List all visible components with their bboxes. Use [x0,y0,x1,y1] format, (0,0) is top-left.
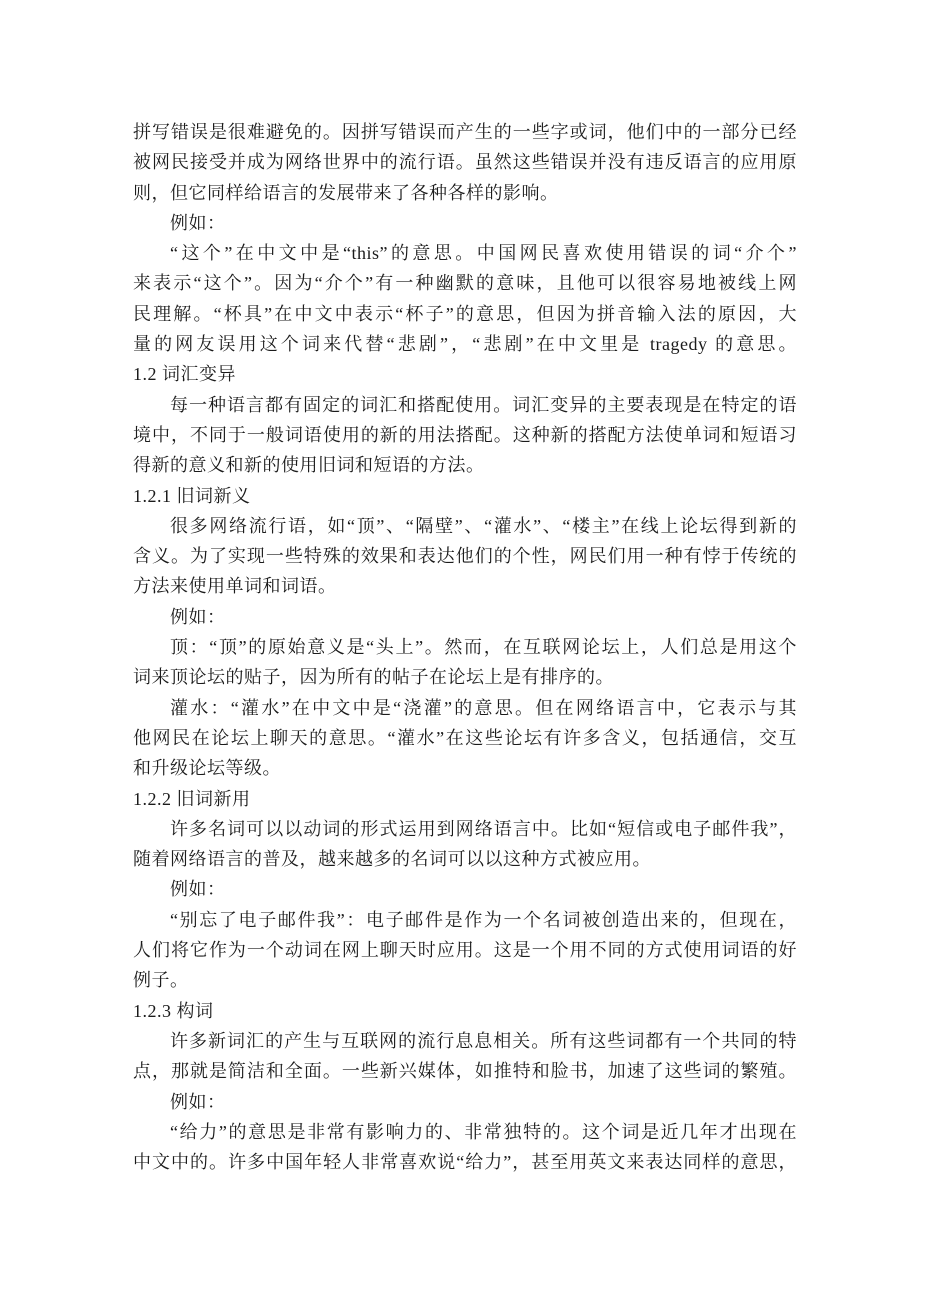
document-text: 拼写错误是很难避免的。因拼写错误而产生的一些字或词，他们中的一部分已经被网民接受… [133,117,797,1177]
text-line: 来表示“这个”。因为“介个”有一种幽默的意味，且他可以很容易地被线上网 [133,268,797,298]
text-line: 点，那就是简洁和全面。一些新兴媒体，如推特和脸书，加速了这些词的繁殖。 [133,1056,797,1086]
text-line: 被网民接受并成为网络世界中的流行语。虽然这些错误并没有违反语言的应用原 [133,147,797,177]
text-line: 1.2.3 构词 [133,996,797,1026]
text-line: 1.2 词汇变异 [133,359,797,389]
text-line: 例子。 [133,965,797,995]
text-line: 每一种语言都有固定的词汇和搭配使用。词汇变异的主要表现是在特定的语 [133,390,797,420]
text-line: 中文中的。许多中国年轻人非常喜欢说“给力”，甚至用英文来表达同样的意思， [133,1147,797,1177]
text-line: 例如： [133,208,797,238]
text-line: 量的网友误用这个词来代替“悲剧”，“悲剧”在中文里是 tragedy 的意思。 [133,329,797,359]
text-line: 例如： [133,602,797,632]
text-line: 得新的意义和新的使用旧词和短语的方法。 [133,450,797,480]
text-line: 许多名词可以以动词的形式运用到网络语言中。比如“短信或电子邮件我”， [133,814,797,844]
text-line: “别忘了电子邮件我”：电子邮件是作为一个名词被创造出来的，但现在， [133,905,797,935]
text-line: 含义。为了实现一些特殊的效果和表达他们的个性，网民们用一种有悖于传统的 [133,541,797,571]
text-line: 拼写错误是很难避免的。因拼写错误而产生的一些字或词，他们中的一部分已经 [133,117,797,147]
text-line: 顶：“顶”的原始意义是“头上”。然而，在互联网论坛上，人们总是用这个 [133,632,797,662]
text-line: 例如： [133,1087,797,1117]
text-line: 1.2.1 旧词新义 [133,481,797,511]
text-line: “这个”在中文中是“this”的意思。中国网民喜欢使用错误的词“介个” [133,238,797,268]
text-line: 则，但它同样给语言的发展带来了各种各样的影响。 [133,178,797,208]
text-line: 灌水：“灌水”在中文中是“浇灌”的意思。但在网络语言中，它表示与其 [133,693,797,723]
text-line: 词来顶论坛的贴子，因为所有的帖子在论坛上是有排序的。 [133,662,797,692]
text-line: “给力”的意思是非常有影响力的、非常独特的。这个词是近几年才出现在 [133,1117,797,1147]
text-line: 1.2.2 旧词新用 [133,784,797,814]
text-line: 很多网络流行语，如“顶”、“隔壁”、“灌水”、“楼主”在线上论坛得到新的 [133,511,797,541]
text-line: 和升级论坛等级。 [133,753,797,783]
document-page: 拼写错误是很难避免的。因拼写错误而产生的一些字或词，他们中的一部分已经被网民接受… [0,0,926,1309]
text-line: 随着网络语言的普及，越来越多的名词可以以这种方式被应用。 [133,844,797,874]
text-line: 方法来使用单词和词语。 [133,571,797,601]
text-line: 境中，不同于一般词语使用的新的用法搭配。这种新的搭配方法使单词和短语习 [133,420,797,450]
text-line: 许多新词汇的产生与互联网的流行息息相关。所有这些词都有一个共同的特 [133,1026,797,1056]
text-line: 他网民在论坛上聊天的意思。“灌水”在这些论坛有许多含义，包括通信，交互 [133,723,797,753]
text-line: 人们将它作为一个动词在网上聊天时应用。这是一个用不同的方式使用词语的好 [133,935,797,965]
text-line: 民理解。“杯具”在中文中表示“杯子”的意思，但因为拼音输入法的原因，大 [133,299,797,329]
text-line: 例如： [133,874,797,904]
